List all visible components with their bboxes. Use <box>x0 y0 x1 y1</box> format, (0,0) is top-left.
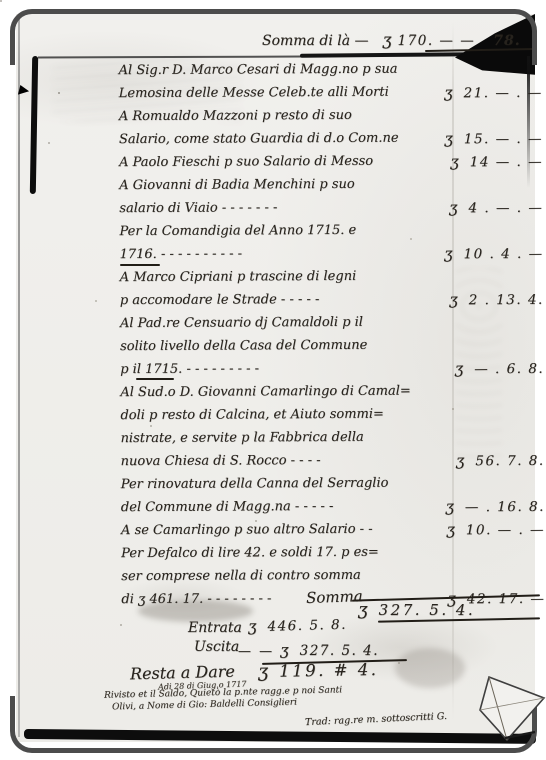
lira-sign: ʒ <box>358 600 368 620</box>
amount-value: 10 . 4 . — <box>464 246 544 262</box>
resta-amount: ʒ 119. # 4. <box>258 659 379 682</box>
scan-edge-left <box>18 15 20 737</box>
entry-text: A Marco Cipriani p trascine di legni p a… <box>120 264 432 312</box>
entry-line: A Paolo Fieschi p suo Salario di Messo <box>119 149 431 174</box>
amount-value: 14 — . — <box>470 154 543 170</box>
lira-sign: ʒ <box>450 152 459 170</box>
amount-value: 327. 5. 4. <box>379 601 476 619</box>
ledger-entry: A Marco Cipriani p trascine di legni p a… <box>120 264 544 312</box>
entry-line: A Marco Cipriani p trascine di legni <box>120 264 432 289</box>
entry-line: salario di Viaio - - - - - - - <box>119 195 431 220</box>
entry-text: Al Pad.re Censuario dj Camaldoli p il so… <box>120 310 432 381</box>
lira-sign: ʒ <box>444 129 453 147</box>
entry-amount: ʒ 10 . 4 . — <box>444 244 544 263</box>
amount-value: 119. # 4. <box>279 660 379 681</box>
entry-line: Al Pad.re Censuario dj Camaldoli p il <box>120 310 432 335</box>
lira-sign: ʒ <box>258 661 269 682</box>
uscita-dash: — — <box>238 644 274 659</box>
entry-text: A Giovanni di Badia Menchini p suo salar… <box>119 172 431 220</box>
amount-value: — . 16. 8. <box>465 499 545 515</box>
entrata-label: Entrata <box>188 620 242 636</box>
entry-text: Al Sud.o D. Giovanni Camarlingo di Camal… <box>120 379 432 473</box>
lira-sign: ʒ <box>449 290 458 308</box>
entry-text: Per rinovatura della Canna del Serraglio… <box>121 471 433 519</box>
entry-amount: ʒ 4 . — . — <box>449 198 543 216</box>
entry-amount: ʒ 14 — . — <box>450 152 543 170</box>
lira-sign: ʒ <box>248 617 257 635</box>
folded-corner <box>455 668 546 753</box>
amount-value: 10. — . — <box>466 522 545 538</box>
ink-rule <box>136 378 174 380</box>
amount-value: 446. 5. 8. <box>267 617 347 635</box>
entry-line: ser comprese nella di contro somma <box>121 563 433 588</box>
entry-text: A Romualdo Mazzoni p resto di suo Salari… <box>119 103 431 151</box>
entry-amount: ʒ 56. 7. 8. <box>456 451 545 469</box>
paper-specks <box>0 0 2 2</box>
entry-line: A Romualdo Mazzoni p resto di suo <box>119 103 431 128</box>
lira-sign: ʒ <box>446 520 455 538</box>
lira-sign: ʒ <box>444 83 453 101</box>
ledger-entries: Al Sig.r D. Marco Cesari di Magg.no p su… <box>119 57 546 611</box>
ledger-entry: Per la Comandigia del Anno 1715. e 1716.… <box>119 218 543 266</box>
amount-value: 42. 17. — <box>467 591 546 607</box>
ink-rule <box>120 264 160 266</box>
uscita-amount: — — ʒ 327. 5. 4. <box>238 641 379 659</box>
lira-sign: ʒ <box>449 198 458 216</box>
lira-sign: ʒ <box>455 359 464 377</box>
entry-line: Lemosina delle Messe Celeb.te alli Morti <box>119 80 431 105</box>
ledger-entry: Al Pad.re Censuario dj Camaldoli p il so… <box>120 310 544 381</box>
amount-value: 56. 7. 8. <box>475 453 544 469</box>
entry-text: Per la Comandigia del Anno 1715. e 1716.… <box>119 218 431 266</box>
entry-amount: ʒ — . 6. 8. <box>455 359 544 377</box>
lira-sign: ʒ <box>456 451 465 469</box>
lira-sign: ʒ <box>280 641 288 659</box>
entry-line: A Giovanni di Badia Menchini p suo <box>119 172 431 197</box>
somma-amount: ʒ 327. 5. 4. <box>358 600 475 620</box>
ledger-entry: Per rinovatura della Canna del Serraglio… <box>121 471 545 519</box>
entry-amount: ʒ 15. — . — <box>444 129 543 148</box>
entry-text: A se Camarlingo p suo altro Salario - - <box>121 517 433 542</box>
entrata-amount: ʒ 446. 5. 8. <box>248 615 347 636</box>
ledger-entry: Al Sud.o D. Giovanni Camarlingo di Camal… <box>120 379 544 473</box>
ledger-entry: A Giovanni di Badia Menchini p suo salar… <box>119 172 543 220</box>
entry-line: Per la Comandigia del Anno 1715. e <box>119 218 431 243</box>
entry-line: doli p resto di Calcina, et Aiuto sommi= <box>120 402 432 427</box>
entry-line: nuova Chiesa di S. Rocco - - - - <box>121 448 433 473</box>
entry-line: A se Camarlingo p suo altro Salario - - <box>121 517 433 542</box>
entry-amount: ʒ 10. — . — <box>446 520 545 539</box>
entry-line: nistrate, e servite p la Fabbrica della <box>120 425 432 450</box>
ledger-entry: A Romualdo Mazzoni p resto di suo Salari… <box>119 103 543 151</box>
entry-line: Per rinovatura della Canna del Serraglio <box>121 471 433 496</box>
amount-value: — . 6. 8. <box>474 361 544 377</box>
amount-value: 327. 5. 4. <box>300 643 379 659</box>
entry-line: p accomodare le Strade - - - - - <box>120 287 432 312</box>
entry-amount: ʒ 2 . 13. 4. <box>449 290 544 308</box>
entry-amount: ʒ 21. — . — <box>444 83 543 102</box>
manuscript-scan-page: Somma di là — ʒ 170. — — 78. Al Sig.r D.… <box>0 0 546 760</box>
ledger-entry: A se Camarlingo p suo altro Salario - - … <box>121 517 545 542</box>
entry-line: Per Defalco di lire 42. e soldi 17. p es… <box>121 540 433 565</box>
amount-value: 2 . 13. 4. <box>469 292 544 308</box>
entry-line: 1716. - - - - - - - - - - <box>120 241 432 266</box>
amount-value: 15. — . — <box>464 131 543 147</box>
entry-line: solito livello della Casa del Commune <box>120 333 432 358</box>
ledger-entry: A Paolo Fieschi p suo Salario di Messo ʒ… <box>119 149 543 174</box>
somma-label: Somma <box>306 587 363 607</box>
uscita-label: Uscita <box>194 639 239 655</box>
entry-line: Salario, come stato Guardia di d.o Com.n… <box>119 126 431 151</box>
entry-line: del Commune di Magg.na - - - - - <box>121 494 433 519</box>
amount-value: 21. — . — <box>464 85 543 101</box>
entry-text: A Paolo Fieschi p suo Salario di Messo <box>119 149 431 174</box>
entry-line: Al Sud.o D. Giovanni Camarlingo di Camal… <box>120 379 432 404</box>
lira-sign: ʒ <box>445 497 454 515</box>
entry-amount: ʒ — . 16. 8. <box>445 497 545 516</box>
lira-sign: ʒ <box>444 244 453 262</box>
viewer-frame-top <box>10 9 537 65</box>
amount-value: 4 . — . — <box>468 200 543 216</box>
